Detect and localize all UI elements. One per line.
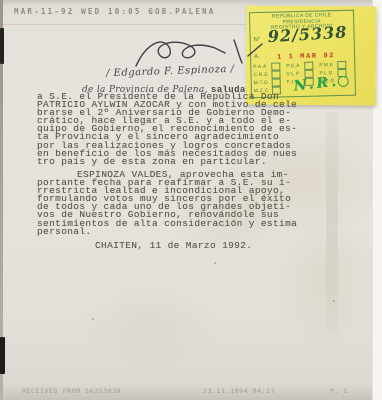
paper-speck [214, 262, 216, 264]
dateline: CHAITEN, 11 de Marzo 1992. [95, 242, 252, 250]
paper-speck [333, 300, 335, 302]
typed-line: personal. [37, 228, 297, 236]
stamp-checkbox [272, 78, 281, 86]
footer-page-number: P. 1 [330, 387, 348, 395]
scan-artifact [0, 28, 4, 64]
ink-bleed-smudge [326, 112, 338, 332]
footer-received-from: RECEIVED FROM 56253038 [22, 387, 121, 395]
received-date-stamp: 1 1 MAR 92 [277, 52, 335, 61]
stamp-checkbox [337, 61, 346, 69]
body-paragraph-1: a S.E. el Presidente de la República Don… [37, 93, 297, 166]
footer-datetime: 23.11.1994 04:27 [203, 387, 275, 395]
scan-artifact [0, 337, 5, 374]
paper-speck [92, 318, 94, 320]
typed-line: tro país y de esta zona en particular. [37, 158, 297, 166]
stamp-checkbox [304, 62, 313, 70]
body-paragraph-2: ESPINOZA VALDES, aprovecha esta im- port… [37, 171, 297, 236]
scanned-fax-document: MAR-11-92 WED 10:05 GOB.PALENA REPÚBLICA… [0, 0, 382, 400]
fax-transmission-header: MAR-11-92 WED 10:05 GOB.PALENA [14, 7, 215, 16]
